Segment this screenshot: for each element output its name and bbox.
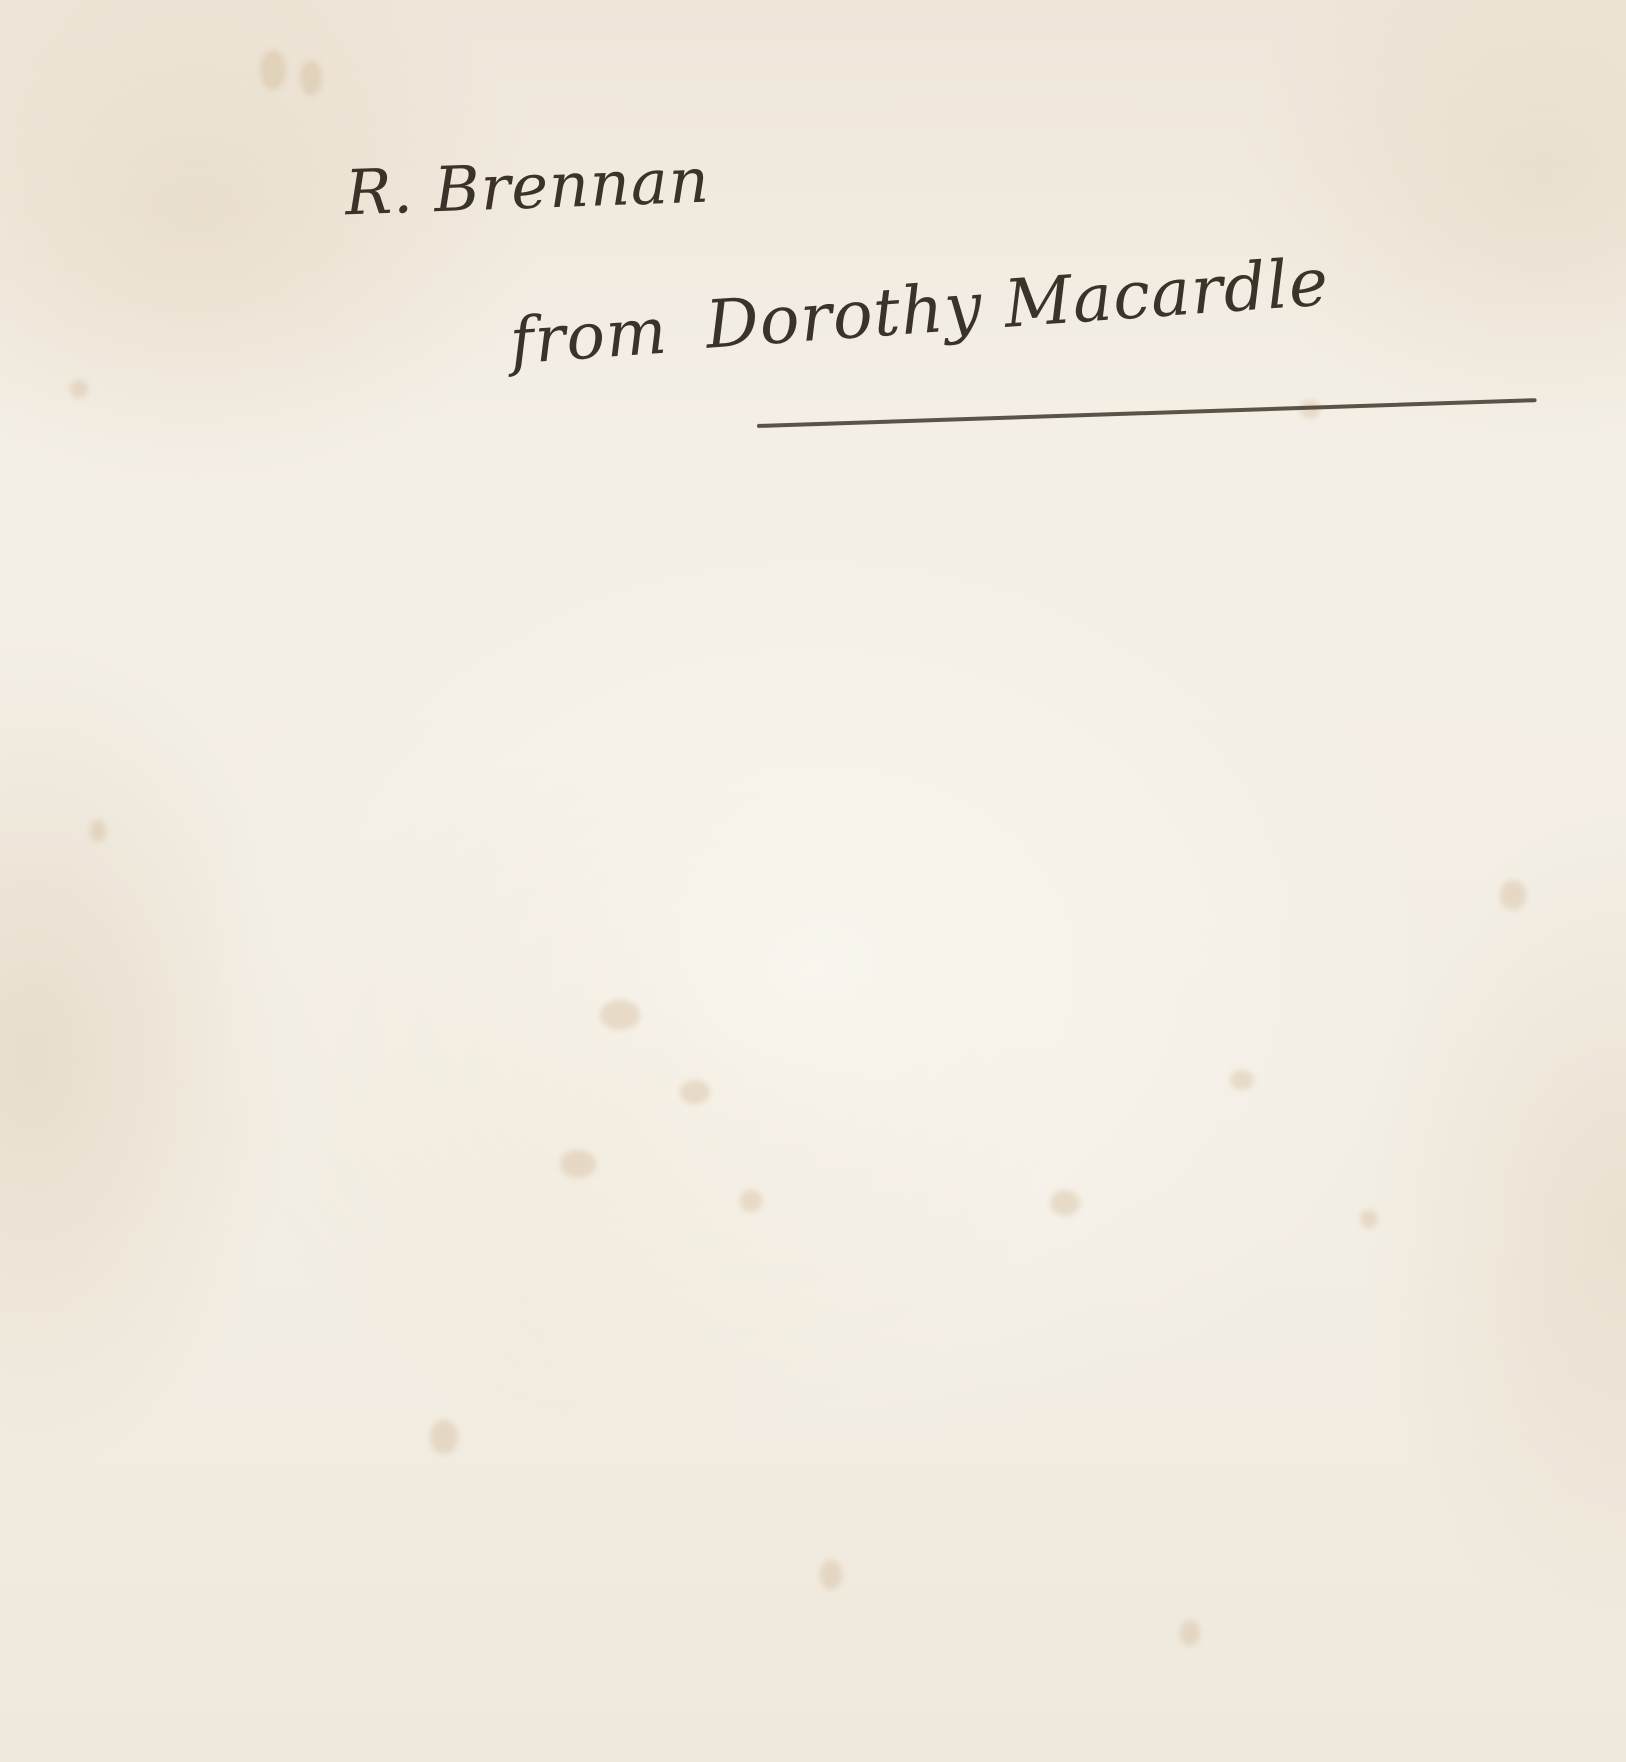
inscription-author-name: Dorothy Macardle — [703, 243, 1331, 363]
foxing-spot — [430, 1420, 458, 1454]
foxing-spot — [600, 1000, 640, 1030]
foxing-spot — [1500, 880, 1526, 910]
foxing-spot — [1360, 1210, 1378, 1228]
foxing-spot — [300, 60, 322, 96]
foxing-spot — [680, 1080, 710, 1104]
inscription-underline — [757, 398, 1537, 428]
inscription-recipient: R. Brennan — [344, 144, 711, 230]
foxing-spot — [1050, 1190, 1080, 1216]
inscription-from: from — [508, 295, 670, 380]
foxing-spot — [1180, 1620, 1200, 1646]
book-flyleaf-page: R. Brennan from Dorothy Macardle — [0, 0, 1626, 1762]
foxing-spot — [1230, 1070, 1254, 1090]
foxing-spot — [70, 380, 88, 398]
foxing-spot — [90, 820, 106, 842]
foxing-spot — [740, 1190, 762, 1212]
foxing-spot — [560, 1150, 596, 1178]
foxing-spot — [820, 1560, 842, 1590]
foxing-spot — [260, 50, 286, 90]
